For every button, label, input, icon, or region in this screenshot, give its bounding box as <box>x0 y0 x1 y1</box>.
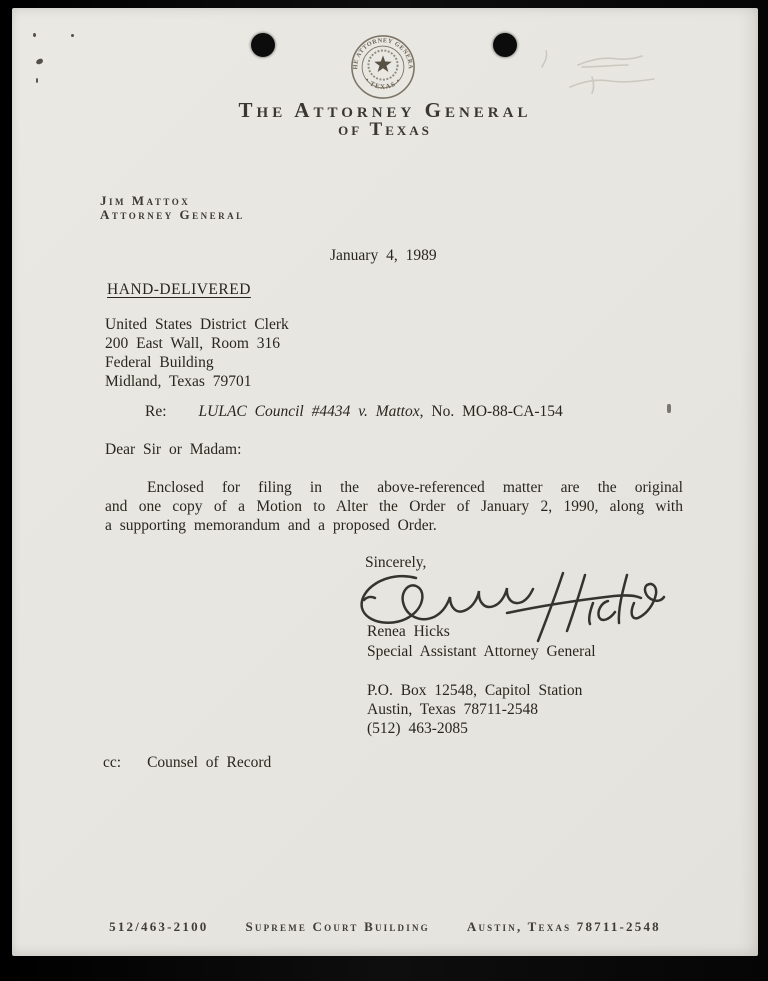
hole-punch-right <box>493 33 517 57</box>
footer-phone: 512/463-2100 <box>109 919 208 935</box>
recipient-address: United States District Clerk 200 East Wa… <box>105 315 289 391</box>
signer-address: P.O. Box 12548, Capitol Station Austin, … <box>367 681 582 738</box>
dust-speck <box>33 33 36 37</box>
body-line: and one copy of a Motion to Alter the Or… <box>105 497 683 516</box>
footer-address: Austin, Texas 78711-2548 <box>467 919 661 935</box>
case-number: , No. MO-88-CA-154 <box>420 403 563 420</box>
signer-name: Renea Hicks <box>367 622 596 642</box>
official-title: Attorney General <box>100 208 245 222</box>
letterhead-line1: The Attorney General <box>12 101 758 120</box>
letter-body: Enclosed for filing in the above-referen… <box>105 478 683 536</box>
cc-value: Counsel of Record <box>147 754 271 771</box>
recipient-line: Federal Building <box>105 353 289 372</box>
re-label: Re: <box>145 403 167 420</box>
body-line: Enclosed for filing in the above-referen… <box>105 478 683 497</box>
date-line: January 4, 1989 <box>330 247 437 265</box>
signer-block: Renea Hicks Special Assistant Attorney G… <box>367 622 596 661</box>
seal-star-icon <box>374 55 391 72</box>
letter-page: THE ATTORNEY GENERAL • TEXAS • The Attor… <box>12 8 758 956</box>
signer-address-line: Austin, Texas 78711-2548 <box>367 700 582 719</box>
case-name: LULAC Council #4434 v. Mattox <box>199 403 420 420</box>
recipient-line: 200 East Wall, Room 316 <box>105 334 289 353</box>
recipient-line: Midland, Texas 79701 <box>105 372 289 391</box>
body-line: a supporting memorandum and a proposed O… <box>105 516 683 535</box>
re-line: Re:LULAC Council #4434 v. Mattox, No. MO… <box>145 403 563 421</box>
cc-label: cc: <box>103 754 121 771</box>
letterhead-footer: 512/463-2100 Supreme Court Building Aust… <box>12 919 758 935</box>
official-block: Jim Mattox Attorney General <box>100 194 245 222</box>
delivery-method: HAND-DELIVERED <box>107 281 251 299</box>
attorney-general-seal: THE ATTORNEY GENERAL • TEXAS • <box>349 33 417 101</box>
official-name: Jim Mattox <box>100 194 245 208</box>
dust-speck <box>35 58 43 65</box>
letterhead-title: The Attorney General of Texas <box>12 101 758 139</box>
cc-line: cc:Counsel of Record <box>103 754 271 772</box>
pencil-scribble <box>540 43 710 105</box>
pencil-mark <box>667 404 671 413</box>
dust-speck <box>36 78 38 83</box>
recipient-line: United States District Clerk <box>105 315 289 334</box>
signer-address-line: (512) 463-2085 <box>367 719 582 738</box>
dust-speck <box>71 34 74 37</box>
letterhead-line2: of Texas <box>12 120 758 139</box>
signer-address-line: P.O. Box 12548, Capitol Station <box>367 681 582 700</box>
salutation: Dear Sir or Madam: <box>105 441 241 459</box>
hole-punch-left <box>251 33 275 57</box>
footer-building: Supreme Court Building <box>245 919 429 935</box>
signer-title: Special Assistant Attorney General <box>367 642 596 662</box>
